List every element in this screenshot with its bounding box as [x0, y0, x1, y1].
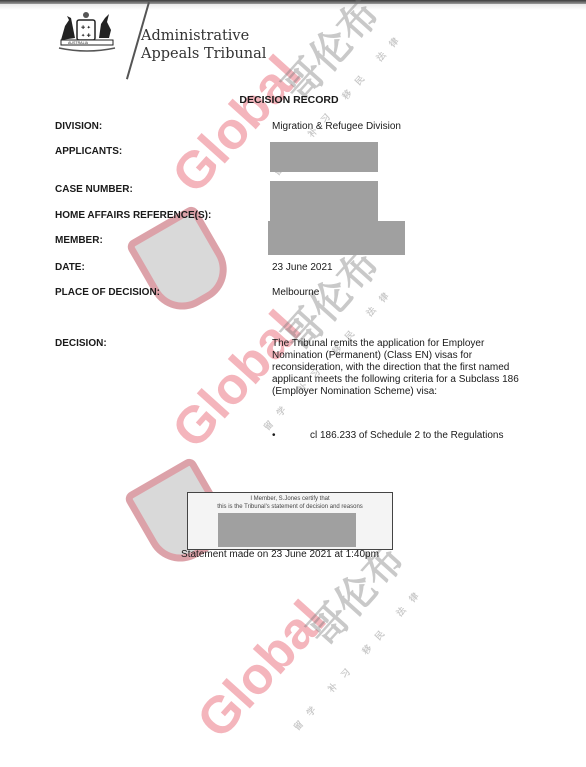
document-title: DECISION RECORD [0, 94, 586, 106]
field-label-decision: DECISION: [55, 338, 107, 349]
field-label-division: DIVISION: [55, 121, 102, 132]
redacted-case-number [270, 181, 378, 221]
australian-coat-of-arms-icon: ✚ ✦ ✦ ✚ AUSTRALIA [55, 8, 119, 54]
watermark-brand: Global [185, 590, 338, 750]
field-label-member: MEMBER: [55, 235, 103, 246]
criteria-text: cl 186.233 of Schedule 2 to the Regulati… [310, 430, 510, 442]
redacted-member [268, 221, 405, 255]
org-line-1: Administrative [141, 27, 266, 45]
certification-box: I Member, S.Jones certify that this is t… [187, 492, 393, 550]
certification-line-1: I Member, S.Jones certify that [188, 496, 392, 502]
org-line-2: Appeals Tribunal [141, 45, 266, 63]
organization-name: Administrative Appeals Tribunal [141, 27, 266, 63]
statement-line: Statement made on 23 June 2021 at 1:40pm [0, 549, 560, 560]
field-label-place: PLACE OF DECISION: [55, 287, 160, 298]
certification-line-2: this is the Tribunal's statement of deci… [188, 504, 392, 510]
field-label-home-affairs-reference: HOME AFFAIRS REFERENCE(S): [55, 210, 211, 221]
field-value-division: Migration & Refugee Division [272, 121, 401, 132]
watermark-shield-icon [125, 204, 239, 322]
svg-text:✚ ✦: ✚ ✦ [81, 25, 91, 31]
decision-text: The Tribunal remits the application for … [272, 338, 537, 398]
field-label-applicants: APPLICANTS: [55, 146, 122, 157]
redacted-applicants [270, 142, 378, 172]
watermark-tagline: 留学 补习 移民 法律 [290, 582, 428, 733]
redacted-signature [218, 513, 356, 547]
svg-text:AUSTRALIA: AUSTRALIA [68, 41, 89, 45]
field-label-case-number: CASE NUMBER: [55, 184, 133, 195]
svg-text:✦ ✚: ✦ ✚ [81, 33, 91, 39]
field-value-place: Melbourne [272, 287, 319, 298]
bullet-icon: • [272, 430, 276, 442]
field-label-date: DATE: [55, 262, 85, 273]
field-value-date: 23 June 2021 [272, 262, 333, 273]
